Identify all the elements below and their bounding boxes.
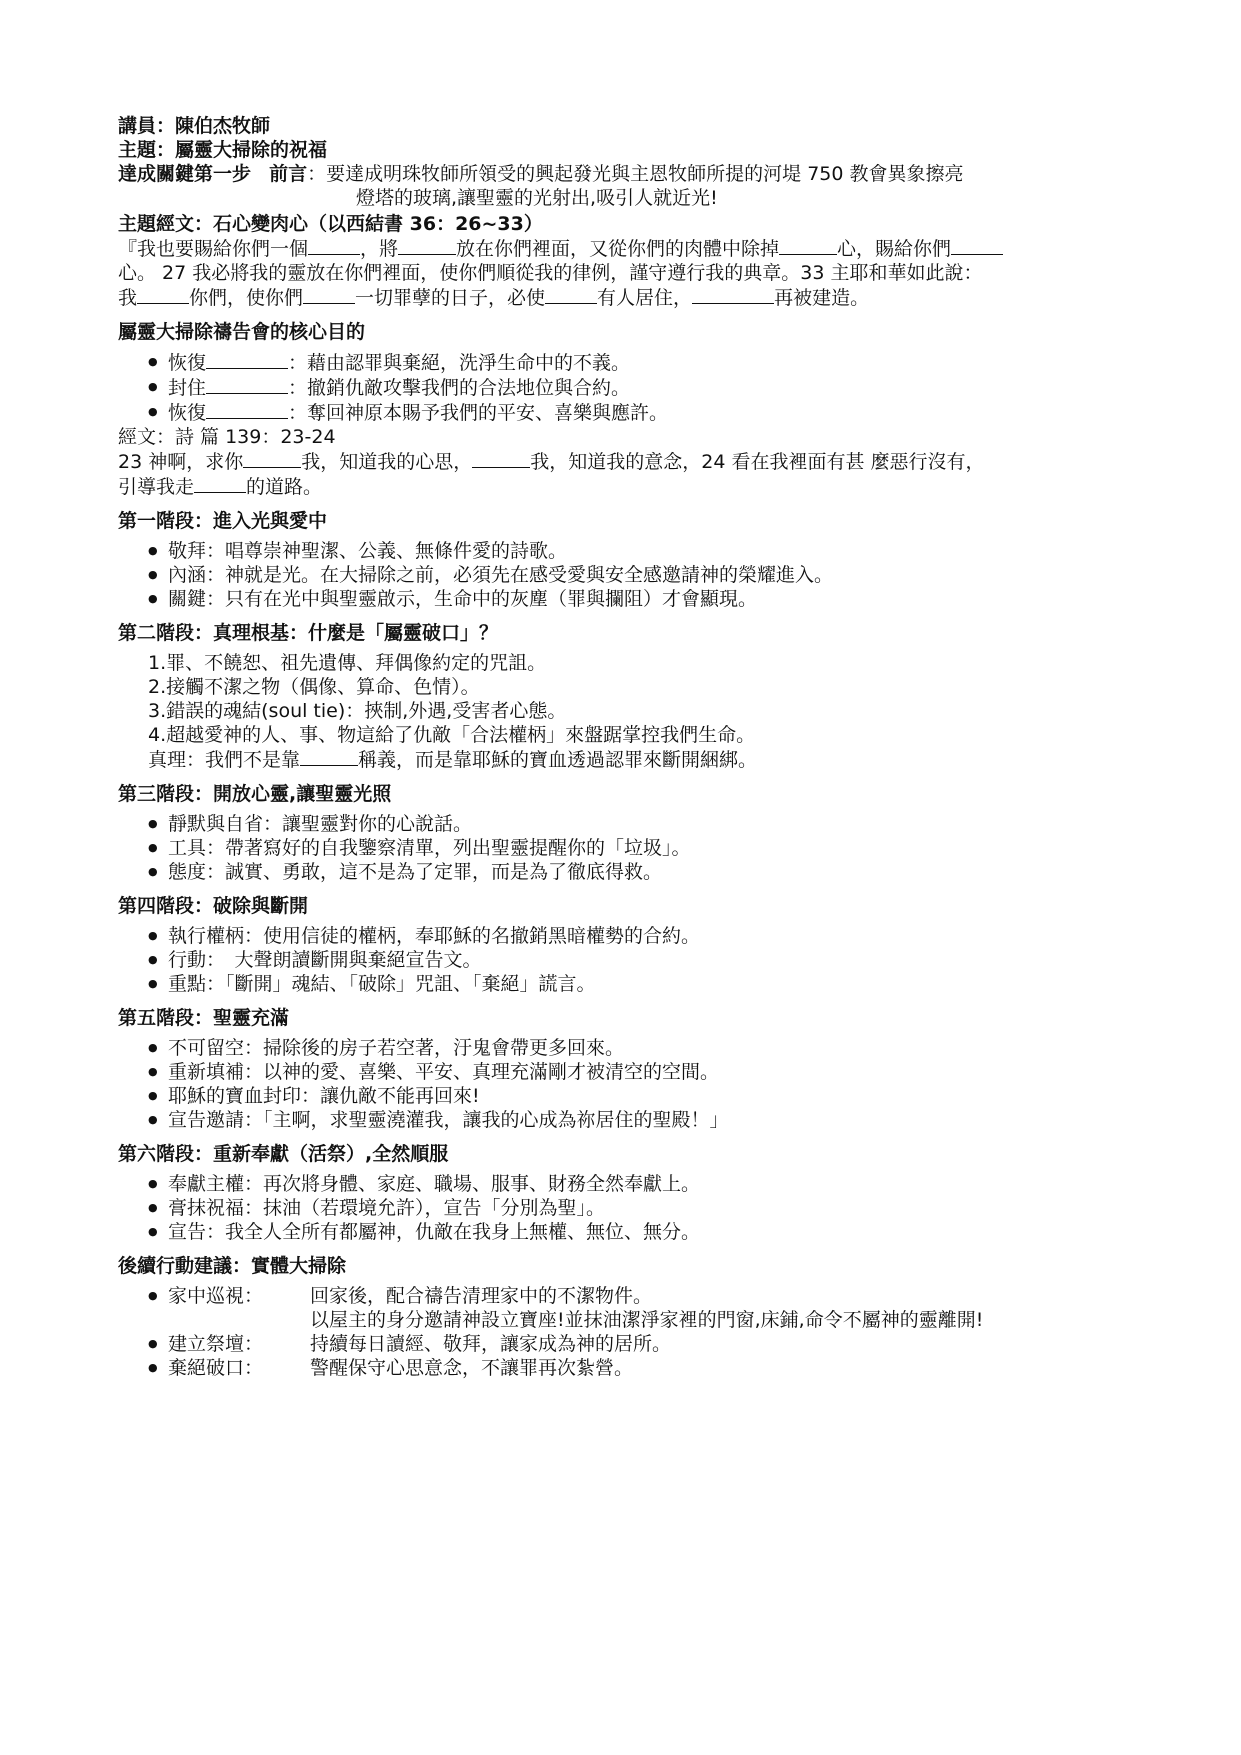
text-segment: 你們，使你們 [189, 287, 303, 309]
text-segment: 我 [118, 287, 137, 309]
text-segment: 引導我走 [118, 476, 194, 498]
text-segment: 稱義，而是靠耶穌的寶血透過認罪來斷開綑綁。 [358, 749, 757, 771]
list-item: 恢復：奪回神原本賜予我們的平安、喜樂與應許。 [148, 400, 1128, 425]
fill-blank[interactable] [779, 236, 837, 255]
text-segment: 真理：我們不是靠 [148, 749, 300, 771]
stage5-list: 不可留空：掃除後的房子若空著，汙鬼會帶更多回來。 重新填補：以神的愛、喜樂、平安… [118, 1036, 1128, 1132]
text-segment: 再被建造。 [774, 287, 869, 309]
text-segment: ，將 [360, 238, 398, 260]
item-text: 警醒保守心思意念，不讓罪再次紮營。 [310, 1357, 633, 1379]
fill-blank[interactable] [206, 350, 288, 369]
stage1-list: 敬拜：唱尊崇神聖潔、公義、無條件愛的詩歌。 內涵：神就是光。在大掃除之前，必須先… [118, 539, 1128, 611]
fill-blank[interactable] [308, 236, 360, 255]
list-item-continuation: 以屋主的身分邀請神設立寶座!並抹油潔淨家裡的門窗,床鋪,命令不屬神的靈離開! [148, 1308, 1128, 1332]
stage-label: 第六階段： [118, 1143, 213, 1165]
item-text: 持續每日讀經、敬拜，讓家成為神的居所。 [310, 1333, 671, 1355]
fill-blank[interactable] [206, 400, 288, 419]
item-text: ：藉由認罪與棄絕，洗淨生命中的不義。 [288, 352, 630, 374]
list-item: 行動： 大聲朗讀斷開與棄絕宣告文。 [148, 948, 1128, 972]
stage2-list: 1.罪、不饒恕、祖先遺傳、拜偶像約定的咒詛。 2.接觸不潔之物（偶像、算命、色情… [118, 651, 1128, 772]
list-item: 態度：誠實、勇敢，這不是為了定罪，而是為了徹底得救。 [148, 860, 1128, 884]
topic-label: 主題： [118, 139, 175, 161]
stage-label: 第五階段： [118, 1007, 213, 1029]
section-label: 後續行動建議： [118, 1255, 251, 1277]
list-item: 關鍵：只有在光中與聖靈啟示，生命中的灰塵（罪與攔阻）才會顯現。 [148, 587, 1128, 611]
preface-line-2: 燈塔的玻璃,讓聖靈的光射出,吸引人就近光! [118, 186, 1128, 210]
speaker-line: 講員：陳伯杰牧師 [118, 114, 1128, 138]
item-text: ：奪回神原本賜予我們的平安、喜樂與應許。 [288, 402, 668, 424]
psalm-line-1: 23 神啊，求你我，知道我的心思，我，知道我的意念，24 看在我裡面有甚 麼惡行… [118, 449, 1128, 474]
item-label: 封住 [168, 377, 206, 399]
scripture-line-3: 我你們，使你們一切罪孽的日子，必使有人居住，再被建造。 [118, 285, 1128, 310]
fill-blank[interactable] [472, 449, 530, 468]
list-item: 家中巡視：回家後，配合禱告清理家中的不潔物件。 [148, 1284, 1128, 1308]
fill-blank[interactable] [243, 449, 301, 468]
stage3-list: 靜默與自省：讓聖靈對你的心說話。 工具：帶著寫好的自我鑒察清單，列出聖靈提醒你的… [118, 812, 1128, 884]
document-page: 講員：陳伯杰牧師 主題：屬靈大掃除的祝福 達成關鍵第一步 前言：要達成明珠牧師所… [118, 114, 1128, 1380]
scripture-line-2: 心。 27 我必將我的靈放在你們裡面，使你們順從我的律例，謹守遵行我的典章。33… [118, 261, 1128, 285]
fill-blank[interactable] [194, 474, 246, 493]
list-item: 奉獻主權：再次將身體、家庭、職場、服事、財務全然奉獻上。 [148, 1172, 1128, 1196]
speaker-name: 陳伯杰牧師 [175, 115, 270, 137]
theme-scripture-heading: 主題經文：石心變肉心（以西結書 36：26~33） [118, 212, 1128, 236]
list-item: 工具：帶著寫好的自我鑒察清單，列出聖靈提醒你的「垃圾」。 [148, 836, 1128, 860]
item-label: 棄絕破口： [168, 1356, 310, 1380]
list-item: 封住：撤銷仇敵攻擊我們的合法地位與合約。 [148, 375, 1128, 400]
theme-scripture-title: 石心變肉心（以西結書 36：26~33） [213, 213, 543, 235]
text-segment: 的道路。 [246, 476, 322, 498]
list-item: 宣告邀請：「主啊，求聖靈澆灌我，讓我的心成為祢居住的聖殿！」 [148, 1108, 1128, 1132]
fill-blank[interactable] [137, 285, 189, 304]
text-segment: 一切罪孽的日子，必使 [355, 287, 545, 309]
list-item: 1.罪、不饒恕、祖先遺傳、拜偶像約定的咒詛。 [148, 651, 1128, 675]
stage-label: 第四階段： [118, 895, 213, 917]
list-item: 4.超越愛神的人、事、物這給了仇敵「合法權柄」來盤踞掌控我們生命。 [148, 723, 1128, 747]
text-segment: 有人居住， [597, 287, 692, 309]
item-label: 建立祭壇： [168, 1332, 310, 1356]
stage-label: 第一階段： [118, 510, 213, 532]
stage-title: 開放心靈,讓聖靈光照 [213, 783, 391, 805]
preface-text: ：要達成明珠牧師所領受的興起發光與主恩牧師所提的河堤 750 教會異象擦亮 [307, 163, 963, 185]
list-item: 2.接觸不潔之物（偶像、算命、色情）。 [148, 675, 1128, 699]
item-text: 回家後，配合禱告清理家中的不潔物件。 [310, 1285, 652, 1307]
stage6-heading: 第六階段：重新奉獻（活祭）,全然順服 [118, 1142, 1128, 1166]
list-item: 耶穌的寶血封印：讓仇敵不能再回來! [148, 1084, 1128, 1108]
text-segment: 23 神啊，求你 [118, 451, 243, 473]
followup-heading: 後續行動建議：實體大掃除 [118, 1254, 1128, 1278]
fill-blank[interactable] [692, 285, 774, 304]
fill-blank[interactable] [300, 747, 358, 766]
stage4-heading: 第四階段：破除與斷開 [118, 894, 1128, 918]
preface-line: 達成關鍵第一步 前言：要達成明珠牧師所領受的興起發光與主恩牧師所提的河堤 750… [118, 162, 1128, 186]
stage-title: 進入光與愛中 [213, 510, 327, 532]
text-segment: 『我也要賜給你們一個 [118, 238, 308, 260]
stage1-heading: 第一階段：進入光與愛中 [118, 509, 1128, 533]
stage-title: 真理根基：什麼是「屬靈破口」？ [213, 622, 498, 644]
stage-title: 重新奉獻（活祭）,全然順服 [213, 1143, 448, 1165]
speaker-label: 講員： [118, 115, 175, 137]
list-item: 宣告：我全人全所有都屬神，仇敵在我身上無權、無位、無分。 [148, 1220, 1128, 1244]
core-purpose-heading: 屬靈大掃除禱告會的核心目的 [118, 320, 1128, 344]
item-label: 家中巡視： [168, 1284, 310, 1308]
stage-label: 第三階段： [118, 783, 213, 805]
list-item: 棄絕破口：警醒保守心思意念，不讓罪再次紮營。 [148, 1356, 1128, 1380]
item-text: ：撤銷仇敵攻擊我們的合法地位與合約。 [288, 377, 630, 399]
stage-title: 聖靈充滿 [213, 1007, 289, 1029]
text-segment: 心，賜給你們 [837, 238, 951, 260]
stage-title: 破除與斷開 [213, 895, 308, 917]
fill-blank[interactable] [398, 236, 456, 255]
fill-blank[interactable] [206, 375, 288, 394]
fill-blank[interactable] [303, 285, 355, 304]
truth-line: 真理：我們不是靠稱義，而是靠耶穌的寶血透過認罪來斷開綑綁。 [148, 747, 1128, 772]
list-item: 執行權柄：使用信徒的權柄，奉耶穌的名撤銷黑暗權勢的合約。 [148, 924, 1128, 948]
topic-line: 主題：屬靈大掃除的祝福 [118, 138, 1128, 162]
topic-title: 屬靈大掃除的祝福 [175, 139, 327, 161]
stage6-list: 奉獻主權：再次將身體、家庭、職場、服事、財務全然奉獻上。 膏抹祝福：抹油（若環境… [118, 1172, 1128, 1244]
step-label: 達成關鍵第一步 [118, 163, 251, 185]
list-item: 內涵：神就是光。在大掃除之前，必須先在感受愛與安全感邀請神的榮耀進入。 [148, 563, 1128, 587]
list-item: 3.錯誤的魂結(soul tie)：挾制,外遇,受害者心態。 [148, 699, 1128, 723]
section-title: 實體大掃除 [251, 1255, 346, 1277]
psalm-line-2: 引導我走的道路。 [118, 474, 1128, 499]
theme-scripture-label: 主題經文： [118, 213, 213, 235]
psalm-reference: 經文：詩 篇 139：23-24 [118, 425, 1128, 449]
core-purpose-list: 恢復：藉由認罪與棄絕，洗淨生命中的不義。 封住：撤銷仇敵攻擊我們的合法地位與合約… [118, 350, 1128, 425]
scripture-line-1: 『我也要賜給你們一個，將放在你們裡面，又從你們的肉體中除掉心，賜給你們 [118, 236, 1128, 261]
fill-blank[interactable] [951, 236, 1003, 255]
text-segment: 放在你們裡面，又從你們的肉體中除掉 [456, 238, 779, 260]
followup-list: 家中巡視：回家後，配合禱告清理家中的不潔物件。 以屋主的身分邀請神設立寶座!並抹… [118, 1284, 1128, 1380]
stage3-heading: 第三階段：開放心靈,讓聖靈光照 [118, 782, 1128, 806]
fill-blank[interactable] [545, 285, 597, 304]
text-segment: 我，知道我的意念，24 看在我裡面有甚 麼惡行沒有， [530, 451, 984, 473]
list-item: 敬拜：唱尊崇神聖潔、公義、無條件愛的詩歌。 [148, 539, 1128, 563]
list-item: 恢復：藉由認罪與棄絕，洗淨生命中的不義。 [148, 350, 1128, 375]
item-label: 恢復 [168, 402, 206, 424]
stage4-list: 執行權柄：使用信徒的權柄，奉耶穌的名撤銷黑暗權勢的合約。 行動： 大聲朗讀斷開與… [118, 924, 1128, 996]
list-item: 靜默與自省：讓聖靈對你的心說話。 [148, 812, 1128, 836]
list-item: 建立祭壇：持續每日讀經、敬拜，讓家成為神的居所。 [148, 1332, 1128, 1356]
stage5-heading: 第五階段：聖靈充滿 [118, 1006, 1128, 1030]
list-item: 不可留空：掃除後的房子若空著，汙鬼會帶更多回來。 [148, 1036, 1128, 1060]
list-item: 膏抹祝福：抹油（若環境允許），宣告「分別為聖」。 [148, 1196, 1128, 1220]
stage-label: 第二階段： [118, 622, 213, 644]
preface-label: 前言 [269, 163, 307, 185]
stage2-heading: 第二階段：真理根基：什麼是「屬靈破口」？ [118, 621, 1128, 645]
list-item: 重點：「斷開」魂結、「破除」咒詛、「棄絕」謊言。 [148, 972, 1128, 996]
text-segment: 我，知道我的心思， [301, 451, 472, 473]
item-label: 恢復 [168, 352, 206, 374]
list-item: 重新填補：以神的愛、喜樂、平安、真理充滿剛才被清空的空間。 [148, 1060, 1128, 1084]
